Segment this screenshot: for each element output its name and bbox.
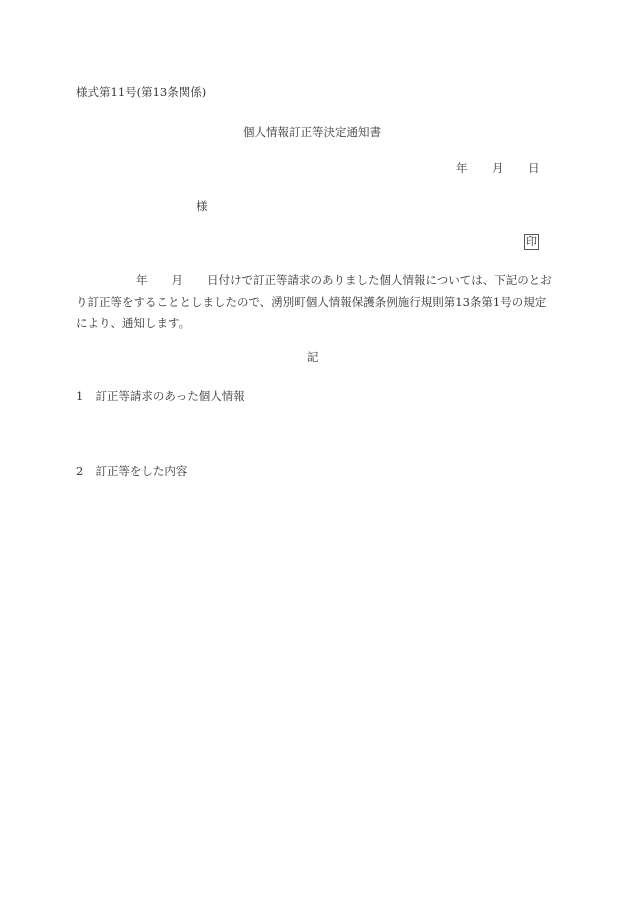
form-number: 様式第11号(第13条関係)	[76, 84, 206, 100]
date-month: 月	[492, 160, 504, 176]
date-year: 年	[456, 160, 468, 176]
addressee-suffix: 様	[196, 198, 208, 214]
item-2: 2訂正等をした内容	[76, 463, 187, 479]
date-day: 日	[528, 160, 540, 176]
seal-icon: 印	[524, 234, 539, 250]
notice-paragraph: 年月日付けで訂正等請求のありました個人情報については、下記のとおり訂正等をするこ…	[76, 270, 554, 335]
body-year: 年	[136, 273, 148, 287]
item-2-number: 2	[76, 464, 83, 478]
item-2-label: 訂正等をした内容	[95, 464, 187, 478]
item-1-number: 1	[76, 389, 83, 403]
ki-heading: 記	[307, 349, 319, 365]
item-1-label: 訂正等請求のあった個人情報	[95, 389, 244, 403]
seal-mark: 印	[524, 234, 539, 250]
document-title: 個人情報訂正等決定通知書	[243, 124, 381, 140]
item-1: 1訂正等請求のあった個人情報	[76, 388, 245, 404]
body-month: 月	[172, 273, 184, 287]
